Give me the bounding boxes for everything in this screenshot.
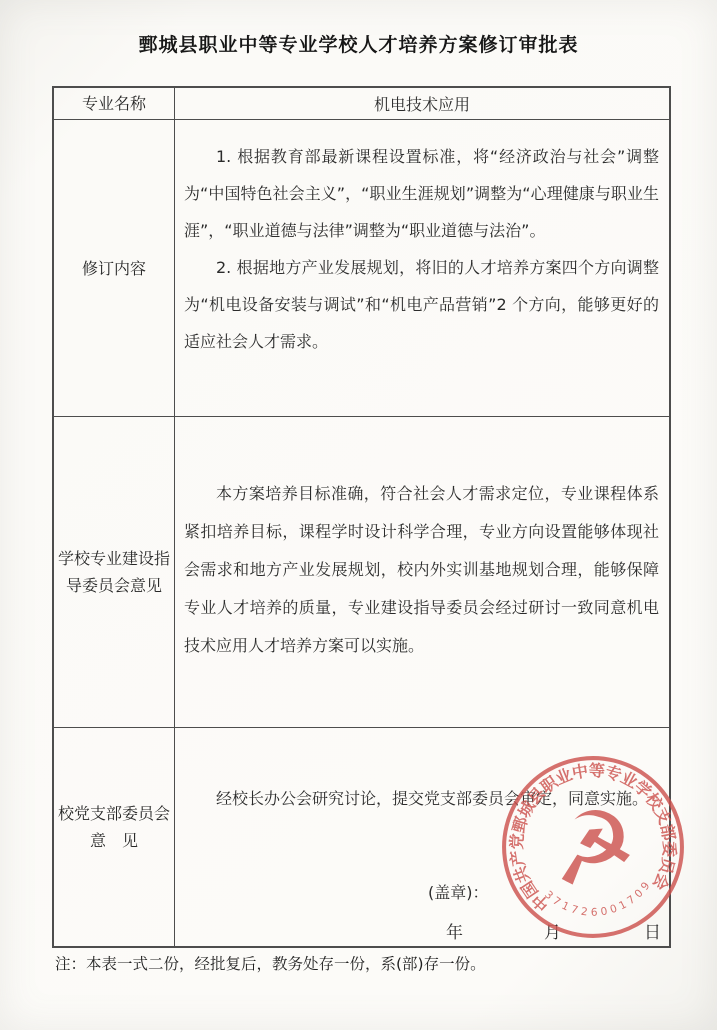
label-committee-opinion: 学校专业建设指 导委员会意见 (54, 417, 175, 728)
label-committee-line1: 学校专业建设指 (58, 545, 170, 572)
footer-note: 注：本表一式二份，经批复后，教务处存一份，系(部)存一份。 (55, 952, 486, 974)
seal-here-label: (盖章)： (428, 880, 489, 903)
revision-paragraph-2: 2. 根据地方产业发展规划，将旧的人才培养方案四个方向调整为“机电设备安装与调试… (184, 249, 659, 360)
page-title: 鄄城县职业中等专业学校人才培养方案修订审批表 (0, 30, 717, 57)
label-revision-content-text: 修订内容 (82, 255, 146, 282)
label-party-line1: 校党支部委员会 (58, 800, 170, 827)
party-branch-opinion-cell: 经校长办公会研究讨论，提交党支部委员会审定，同意实施。 (盖章)： 年 月 日 (175, 728, 669, 946)
label-revision-content: 修订内容 (54, 120, 175, 417)
label-committee-line2: 导委员会意见 (66, 572, 162, 599)
committee-opinion-cell: 本方案培养目标准确，符合社会人才需求定位，专业课程体系 紧扣培养目标，课程学时设… (175, 417, 669, 728)
scanned-form-page: 鄄城县职业中等专业学校人才培养方案修订审批表 专业名称 机电技术应用 修订内容 … (0, 0, 717, 1030)
date-day-label: 日 (644, 918, 661, 943)
party-opinion-paragraph: 经校长办公会研究讨论，提交党支部委员会审定，同意实施。 (184, 784, 665, 814)
value-major-name: 机电技术应用 (175, 88, 669, 120)
major-name-text: 机电技术应用 (374, 92, 470, 115)
revision-content-cell: 1. 根据教育部最新课程设置标准，将“经济政治与社会”调整为“中国特色社会主义”… (175, 120, 669, 417)
label-party-branch-opinion: 校党支部委员会 意 见 (54, 728, 175, 946)
approval-table: 专业名称 机电技术应用 修订内容 1. 根据教育部最新课程设置标准，将“经济政治… (52, 86, 671, 948)
date-year-label: 年 (446, 918, 463, 943)
label-major-name-text: 专业名称 (82, 90, 146, 117)
date-month-label: 月 (544, 918, 561, 943)
revision-paragraph-1: 1. 根据教育部最新课程设置标准，将“经济政治与社会”调整为“中国特色社会主义”… (184, 138, 659, 249)
committee-opinion-paragraph: 本方案培养目标准确，符合社会人才需求定位，专业课程体系 紧扣培养目标，课程学时设… (184, 475, 659, 665)
label-major-name: 专业名称 (54, 88, 175, 120)
label-party-line2: 意 见 (90, 827, 138, 854)
